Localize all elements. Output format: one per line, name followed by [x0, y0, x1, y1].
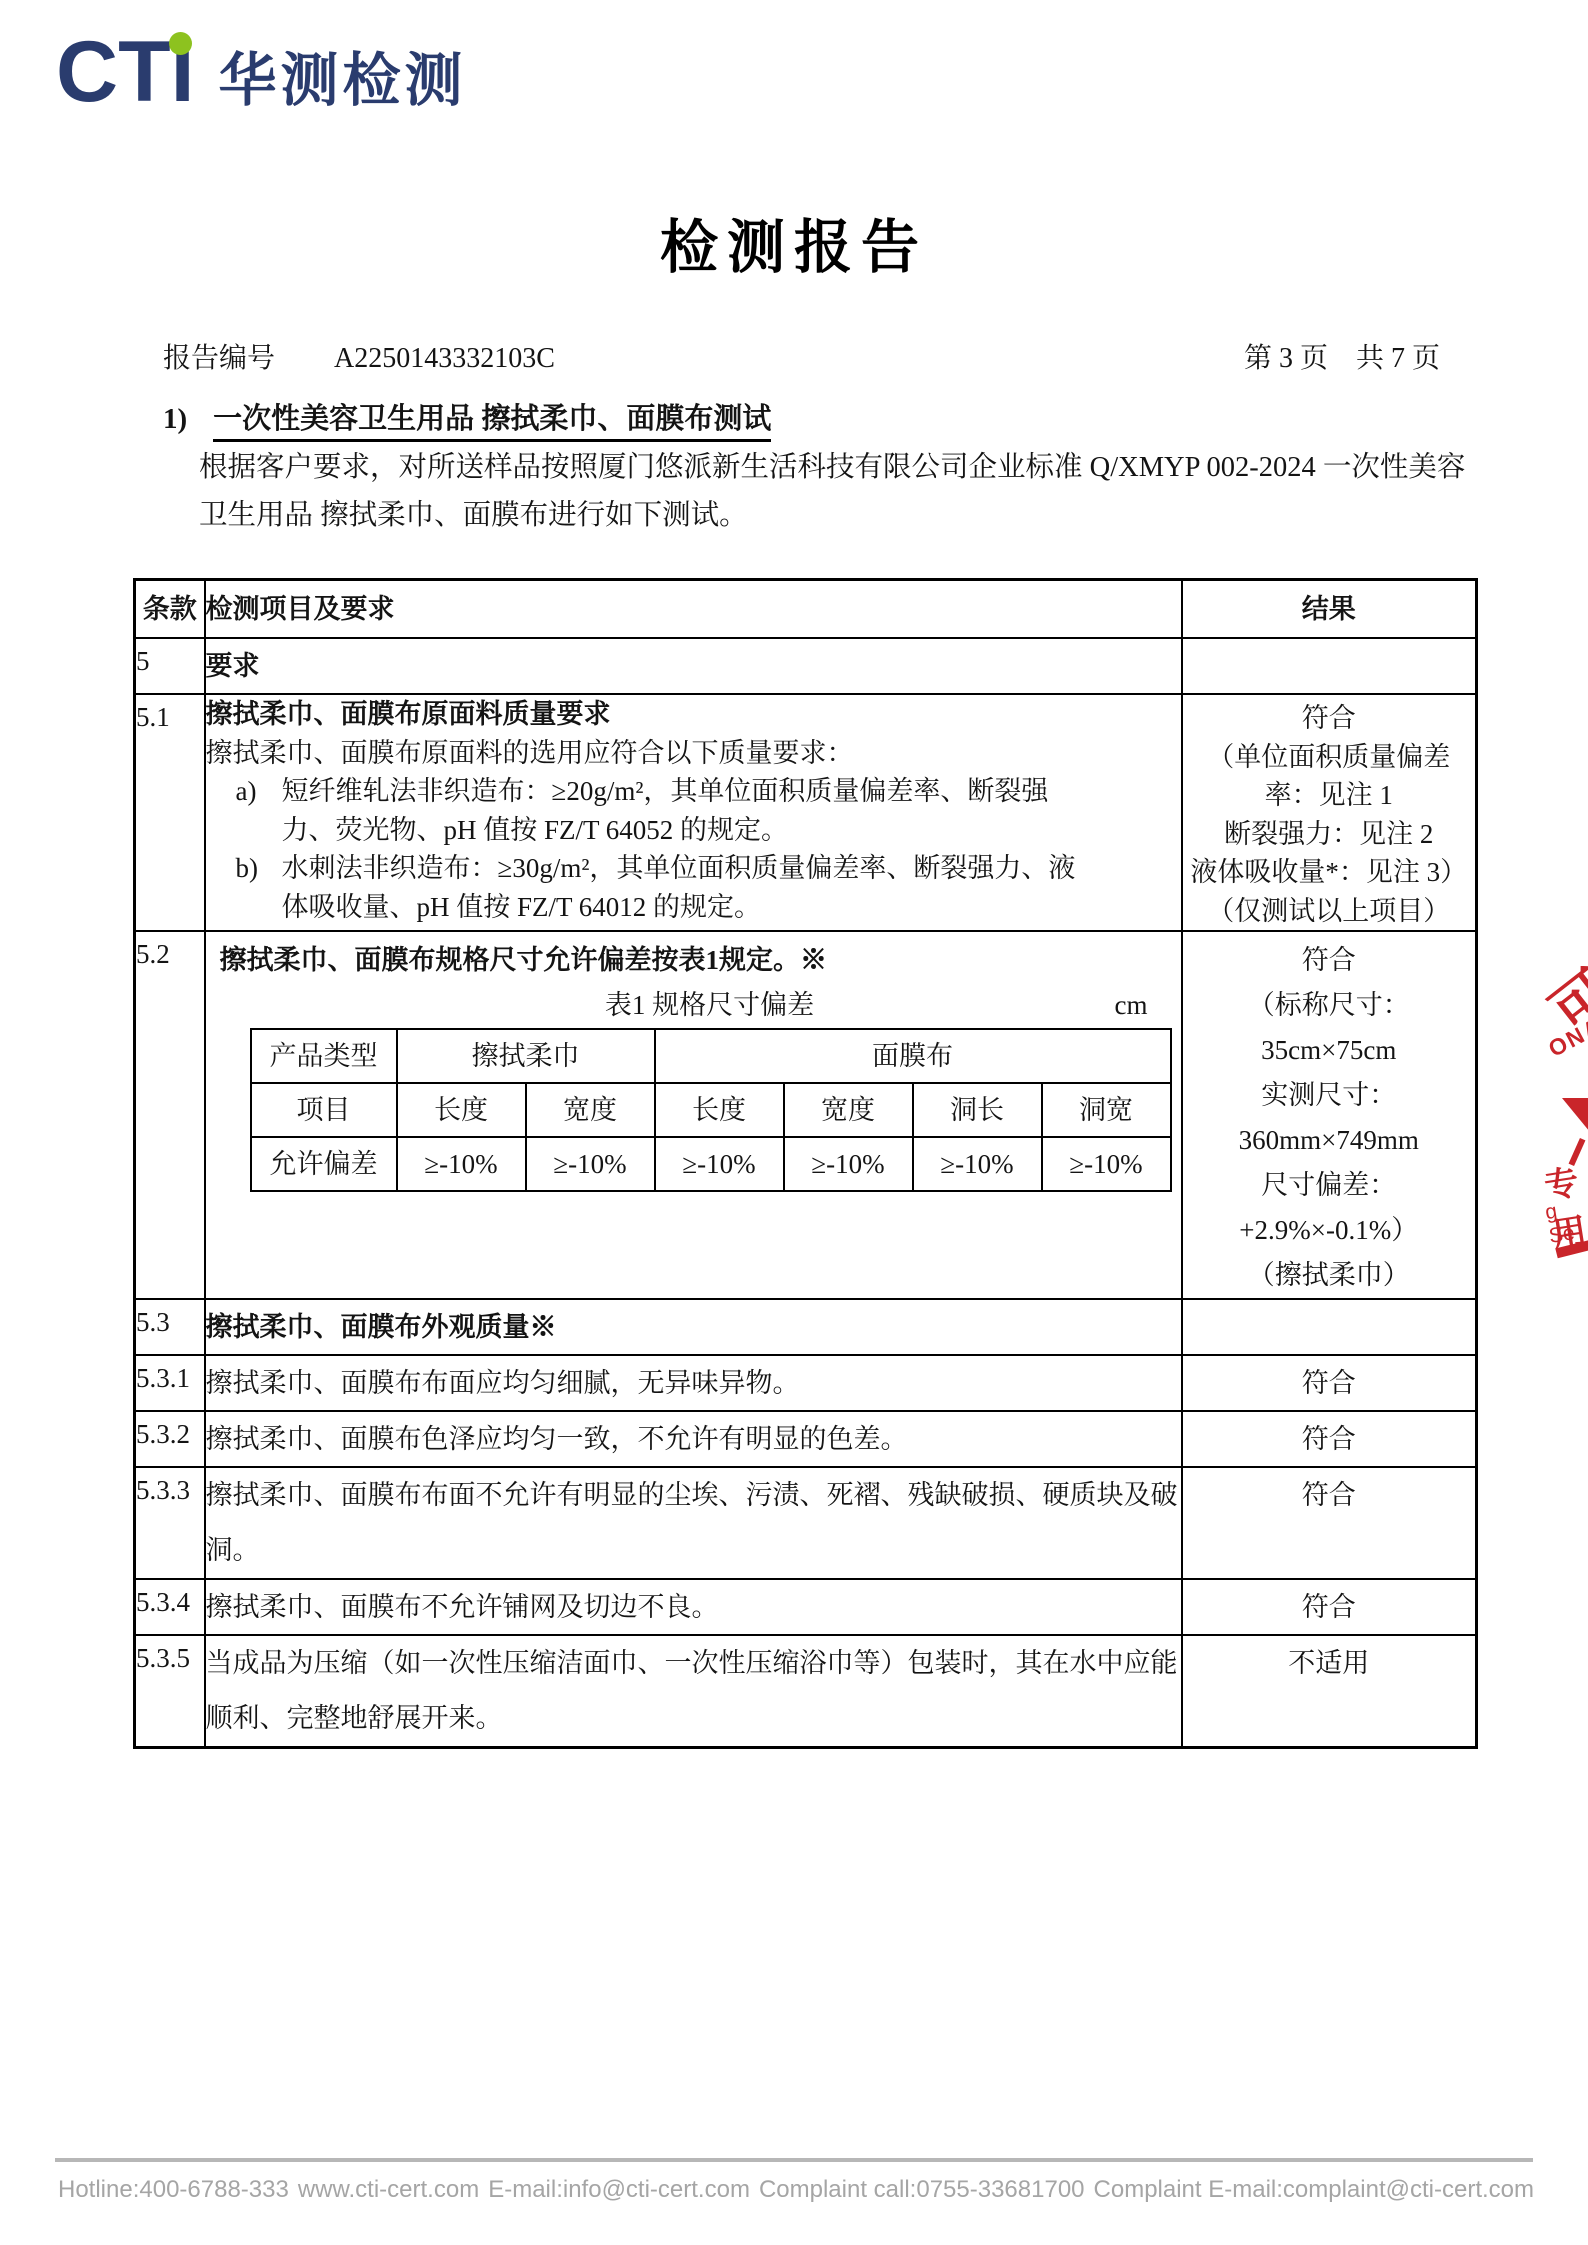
item-cell: 擦拭柔巾、面膜布外观质量※: [205, 1299, 1182, 1355]
result-line: （擦拭柔巾）: [1183, 1253, 1476, 1298]
result-line: （仅测试以上项目）: [1183, 892, 1476, 931]
spec-group-row: 产品类型 擦拭柔巾 面膜布: [251, 1029, 1171, 1083]
footer-complaint-email: Complaint E-mail:complaint@cti-cert.com: [1094, 2176, 1534, 2204]
item-cell: 擦拭柔巾、面膜布色泽应均匀一致，不允许有明显的色差。: [205, 1411, 1182, 1467]
result-line: +2.9%×-0.1%）: [1183, 1208, 1476, 1253]
requirement-title: 擦拭柔巾、面膜布原面料质量要求: [206, 695, 1181, 734]
table-row: 5.3.4 擦拭柔巾、面膜布不允许铺网及切边不良。 符合: [135, 1579, 1477, 1635]
result-lines: 符合 （单位面积质量偏差 率：见注 1 断裂强力：见注 2 液体吸收量*：见注 …: [1183, 695, 1476, 930]
result-cell: 不适用: [1182, 1635, 1477, 1748]
section-heading-line: 1)一次性美容卫生用品 擦拭柔巾、面膜布测试: [163, 396, 771, 437]
report-no-value: A2250143332103C: [334, 343, 555, 374]
logo-green-dot-icon: [169, 32, 192, 55]
logo-text: CTI: [56, 26, 195, 118]
report-title: 检测报告: [0, 200, 1588, 284]
spec-cell: 长度: [655, 1083, 784, 1137]
col-header-item: 检测项目及要求: [205, 580, 1182, 639]
footer-complaint-call: Complaint call:0755-33681700: [759, 2176, 1085, 2204]
report-page: CTI 华测检测 检测报告 报告编号 A2250143332103C 第 3 页…: [0, 0, 1588, 2245]
table-row: 5.1 擦拭柔巾、面膜布原面料质量要求 擦拭柔巾、面膜布原面料的选用应符合以下质…: [135, 694, 1477, 931]
report-meta: 报告编号 A2250143332103C: [163, 336, 555, 376]
table-header-row: 条款 检测项目及要求 结果: [135, 580, 1477, 639]
result-cell: [1182, 638, 1477, 694]
item-marker: a): [236, 772, 282, 811]
footer-divider: [55, 2158, 1533, 2162]
item-marker: b): [236, 849, 282, 888]
spec-cell: ≥-10%: [1042, 1137, 1171, 1191]
table-row: 5.3.3 擦拭柔巾、面膜布布面不允许有明显的尘埃、污渍、死褶、残缺破损、硬质块…: [135, 1467, 1477, 1579]
item-cell: 擦拭柔巾、面膜布布面不允许有明显的尘埃、污渍、死褶、残缺破损、硬质块及破洞。: [205, 1467, 1182, 1579]
clause-cell: 5.3: [135, 1299, 205, 1355]
result-cell: 符合 （单位面积质量偏差 率：见注 1 断裂强力：见注 2 液体吸收量*：见注 …: [1182, 694, 1477, 931]
clause-cell: 5.3.2: [135, 1411, 205, 1467]
spec-cell: ≥-10%: [655, 1137, 784, 1191]
intro-line: 卫生用品 擦拭柔巾、面膜布进行如下测试。: [199, 492, 1539, 540]
stamp-star-fragment-icon: [1562, 1098, 1588, 1132]
spec-cell: ≥-10%: [397, 1137, 526, 1191]
intro-line: 根据客户要求，对所送样品按照厦门悠派新生活科技有限公司企业标准 Q/XMYP 0…: [199, 444, 1539, 492]
table-row: 5.3.5 当成品为压缩（如一次性压缩洁面巾、一次性压缩浴巾等）包装时，其在水中…: [135, 1635, 1477, 1748]
spec-cell: 长度: [397, 1083, 526, 1137]
col-header-result: 结果: [1182, 580, 1477, 639]
spec-cell: 宽度: [784, 1083, 913, 1137]
col-header-clause: 条款: [135, 580, 205, 639]
page-current: 第 3 页: [1244, 343, 1328, 374]
result-line: 符合: [1183, 699, 1476, 738]
spec-cell: 宽度: [526, 1083, 655, 1137]
requirement-item: b)水刺法非织造布：≥30g/m²，其单位面积质量偏差率、断裂强力、液体吸收量、…: [206, 849, 1082, 926]
section-heading: 一次性美容卫生用品 擦拭柔巾、面膜布测试: [213, 403, 771, 442]
spec-cell: ≥-10%: [913, 1137, 1042, 1191]
results-table: 条款 检测项目及要求 结果 5 要求 5.1 擦拭柔巾、面膜布原面料质量要求 擦…: [133, 578, 1478, 1749]
item-cell: 擦拭柔巾、面膜布布面应均匀细腻，无异味异物。: [205, 1355, 1182, 1411]
result-cell: 符合: [1182, 1467, 1477, 1579]
result-cell: [1182, 1299, 1477, 1355]
spec-cell: 洞宽: [1042, 1083, 1171, 1137]
requirement-intro: 擦拭柔巾、面膜布原面料的选用应符合以下质量要求：: [206, 734, 1181, 773]
spec-cell: 允许偏差: [251, 1137, 397, 1191]
item-cell: 要求: [205, 638, 1182, 694]
spec-cell: ≥-10%: [784, 1137, 913, 1191]
spec-cell: 擦拭柔巾: [397, 1029, 655, 1083]
result-line: 断裂强力：见注 2: [1183, 815, 1476, 854]
result-cell: 符合 （标称尺寸： 35cm×75cm 实测尺寸： 360mm×749mm 尺寸…: [1182, 931, 1477, 1299]
spec-table: 产品类型 擦拭柔巾 面膜布 项目 长度 宽度 长度 宽度 洞长: [250, 1028, 1172, 1192]
results-table-wrap: 条款 检测项目及要求 结果 5 要求 5.1 擦拭柔巾、面膜布原面料质量要求 擦…: [133, 578, 1478, 1749]
cti-logo: CTI 华测检测: [56, 26, 467, 118]
result-cell: 符合: [1182, 1355, 1477, 1411]
result-line: （单位面积质量偏差: [1183, 738, 1476, 777]
spec-cell: 产品类型: [251, 1029, 397, 1083]
result-line: 尺寸偏差：: [1183, 1163, 1476, 1208]
spec-unit: cm: [1115, 982, 1148, 1028]
result-line: 实测尺寸：: [1183, 1073, 1476, 1118]
clause-cell: 5: [135, 638, 205, 694]
clause-cell: 5.3.4: [135, 1579, 205, 1635]
footer-hotline: Hotline:400-6788-333: [58, 2176, 289, 2204]
result-line: 35cm×75cm: [1183, 1028, 1476, 1073]
table-row: 5.3.1 擦拭柔巾、面膜布布面应均匀细腻，无异味异物。 符合: [135, 1355, 1477, 1411]
footer-website: www.cti-cert.com: [298, 2176, 479, 2204]
spec-cell: 洞长: [913, 1083, 1042, 1137]
result-line: 率：见注 1: [1183, 776, 1476, 815]
item-cell: 擦拭柔巾、面膜布不允许铺网及切边不良。: [205, 1579, 1182, 1635]
table-row: 5.3 擦拭柔巾、面膜布外观质量※: [135, 1299, 1477, 1355]
clause-cell: 5.2: [135, 931, 205, 1299]
table-row: 5.3.2 擦拭柔巾、面膜布色泽应均匀一致，不允许有明显的色差。 符合: [135, 1411, 1477, 1467]
requirement-title: 擦拭柔巾、面膜布规格尺寸允许偏差按表1规定。※: [206, 932, 1181, 982]
requirement-item: a)短纤维轧法非织造布：≥20g/m²，其单位面积质量偏差率、断裂强力、荧光物、…: [206, 772, 1082, 849]
result-line: 液体吸收量*：见注 3）: [1183, 853, 1476, 892]
spec-value-row: 允许偏差 ≥-10% ≥-10% ≥-10% ≥-10% ≥-10% ≥-10%: [251, 1137, 1171, 1191]
clause-cell: 5.3.3: [135, 1467, 205, 1579]
spec-cell: ≥-10%: [526, 1137, 655, 1191]
result-cell: 符合: [1182, 1579, 1477, 1635]
spec-table-block: 表1 规格尺寸偏差 cm 产品类型 擦拭柔巾 面膜布 项目: [250, 982, 1170, 1192]
spec-header-row: 项目 长度 宽度 长度 宽度 洞长 洞宽: [251, 1083, 1171, 1137]
page-indicator: 第 3 页共 7 页: [1244, 336, 1440, 376]
logo-cjk: 华测检测: [219, 52, 467, 110]
intro-paragraph: 根据客户要求，对所送样品按照厦门悠派新生活科技有限公司企业标准 Q/XMYP 0…: [199, 444, 1539, 540]
item-text: 短纤维轧法非织造布：≥20g/m²，其单位面积质量偏差率、断裂强力、荧光物、pH…: [282, 776, 1049, 845]
item-cell: 擦拭柔巾、面膜布规格尺寸允许偏差按表1规定。※ 表1 规格尺寸偏差 cm 产品类…: [205, 931, 1182, 1299]
table-row: 5.2 擦拭柔巾、面膜布规格尺寸允许偏差按表1规定。※ 表1 规格尺寸偏差 cm…: [135, 931, 1477, 1299]
item-text: 水刺法非织造布：≥30g/m²，其单位面积质量偏差率、断裂强力、液体吸收量、pH…: [282, 853, 1076, 922]
page-total: 共 7 页: [1356, 343, 1440, 374]
item-cell: 擦拭柔巾、面膜布原面料质量要求 擦拭柔巾、面膜布原面料的选用应符合以下质量要求：…: [205, 694, 1182, 931]
item-cell: 当成品为压缩（如一次性压缩洁面巾、一次性压缩浴巾等）包装时，其在水中应能顺利、完…: [205, 1635, 1182, 1748]
result-lines: 符合 （标称尺寸： 35cm×75cm 实测尺寸： 360mm×749mm 尺寸…: [1183, 932, 1476, 1298]
result-cell: 符合: [1182, 1411, 1477, 1467]
spec-cell: 面膜布: [655, 1029, 1171, 1083]
clause-cell: 5.3.5: [135, 1635, 205, 1748]
footer-contacts: Hotline:400-6788-333 www.cti-cert.com E-…: [58, 2176, 1534, 2204]
section-index: 1): [163, 403, 187, 435]
result-line: 符合: [1183, 938, 1476, 983]
spec-caption: 表1 规格尺寸偏差: [605, 990, 814, 1020]
spec-cell: 项目: [251, 1083, 397, 1137]
clause-cell: 5.1: [135, 694, 205, 931]
table-row: 5 要求: [135, 638, 1477, 694]
report-no-label: 报告编号: [163, 343, 275, 374]
result-line: 360mm×749mm: [1183, 1118, 1476, 1163]
clause-cell: 5.3.1: [135, 1355, 205, 1411]
footer-email: E-mail:info@cti-cert.com: [488, 2176, 750, 2204]
result-line: （标称尺寸：: [1183, 983, 1476, 1028]
spec-caption-row: 表1 规格尺寸偏差 cm: [250, 982, 1170, 1028]
